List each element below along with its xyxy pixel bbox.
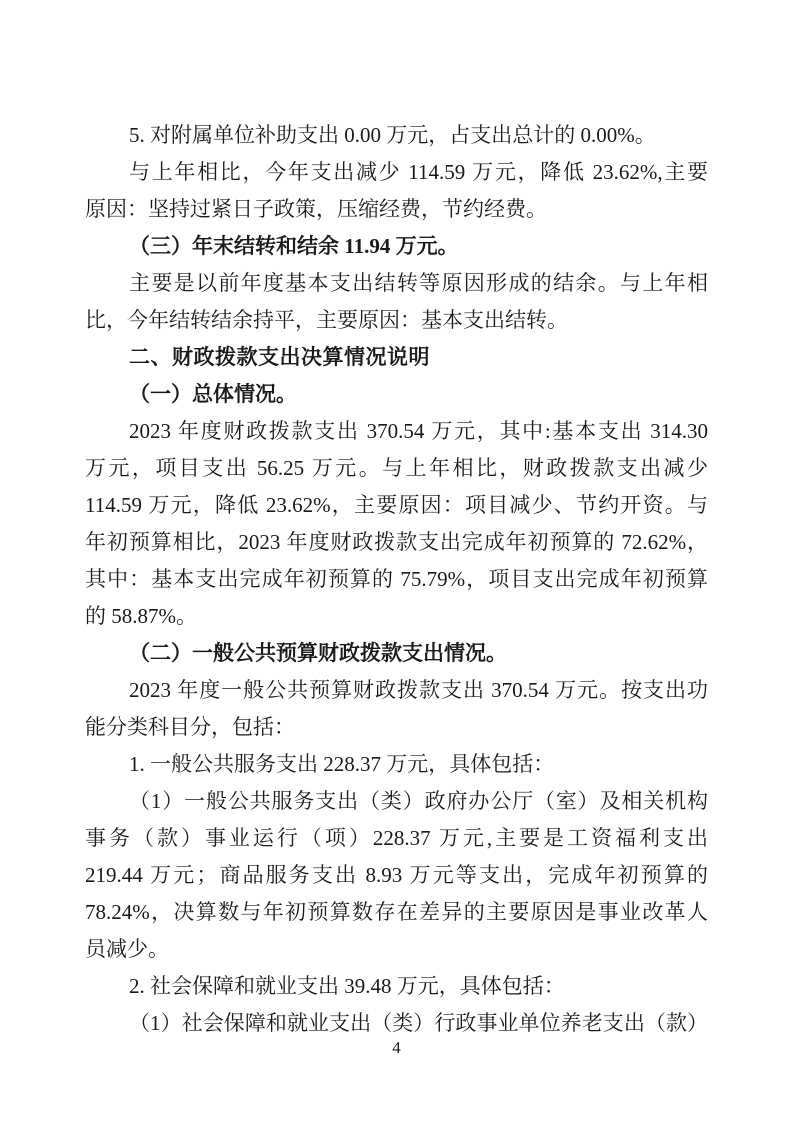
body-paragraph-line: 能分类科目分，包括： — [85, 709, 708, 746]
body-paragraph-line: 万元，项目支出 56.25 万元。与上年相比，财政拨款支出减少 — [85, 450, 708, 487]
page-footer: 4 — [0, 1038, 793, 1058]
body-paragraph-line: 员减少。 — [85, 931, 708, 968]
document-body: 5. 对附属单位补助支出 0.00 万元，占支出总计的 0.00%。与上年相比，… — [85, 117, 708, 1042]
body-paragraph-line: 主要是以前年度基本支出结转等原因形成的结余。与上年相 — [85, 265, 708, 302]
body-paragraph-line: 年初预算相比，2023 年度财政拨款支出完成年初预算的 72.62%， — [85, 524, 708, 561]
body-paragraph-line: 事务（款）事业运行（项）228.37 万元,主要是工资福利支出 — [85, 820, 708, 857]
subsection-heading-line: （三）年末结转和结余 11.94 万元。 — [85, 228, 708, 265]
body-paragraph-line: 114.59 万元，降低 23.62%，主要原因：项目减少、节约开资。与 — [85, 487, 708, 524]
body-paragraph-line: 1. 一般公共服务支出 228.37 万元，具体包括： — [85, 746, 708, 783]
document-page: 5. 对附属单位补助支出 0.00 万元，占支出总计的 0.00%。与上年相比，… — [0, 0, 793, 1122]
body-paragraph-line: （1）社会保障和就业支出（类）行政事业单位养老支出（款） — [85, 1005, 708, 1042]
body-paragraph-line: 78.24%，决算数与年初预算数存在差异的主要原因是事业改革人 — [85, 894, 708, 931]
body-paragraph-line: 比，今年结转结余持平，主要原因：基本支出结转。 — [85, 302, 708, 339]
body-paragraph-line: 2023 年度财政拨款支出 370.54 万元，其中:基本支出 314.30 — [85, 413, 708, 450]
body-paragraph-line: 5. 对附属单位补助支出 0.00 万元，占支出总计的 0.00%。 — [85, 117, 708, 154]
page-number: 4 — [392, 1038, 401, 1057]
body-paragraph-line: 219.44 万元；商品服务支出 8.93 万元等支出，完成年初预算的 — [85, 857, 708, 894]
section-heading-line: 二、财政拨款支出决算情况说明 — [85, 339, 708, 376]
body-paragraph-line: 2023 年度一般公共预算财政拨款支出 370.54 万元。按支出功 — [85, 672, 708, 709]
body-paragraph-line: 其中：基本支出完成年初预算的 75.79%，项目支出完成年初预算 — [85, 561, 708, 598]
body-paragraph-line: 与上年相比，今年支出减少 114.59 万元，降低 23.62%,主要 — [85, 154, 708, 191]
body-paragraph-line: 的 58.87%。 — [85, 598, 708, 635]
body-paragraph-line: 原因：坚持过紧日子政策，压缩经费，节约经费。 — [85, 191, 708, 228]
body-paragraph-line: （1）一般公共服务支出（类）政府办公厅（室）及相关机构 — [85, 783, 708, 820]
subsection-heading-line: （一）总体情况。 — [85, 376, 708, 413]
body-paragraph-line: 2. 社会保障和就业支出 39.48 万元，具体包括： — [85, 968, 708, 1005]
subsection-heading-line: （二）一般公共预算财政拨款支出情况。 — [85, 635, 708, 672]
